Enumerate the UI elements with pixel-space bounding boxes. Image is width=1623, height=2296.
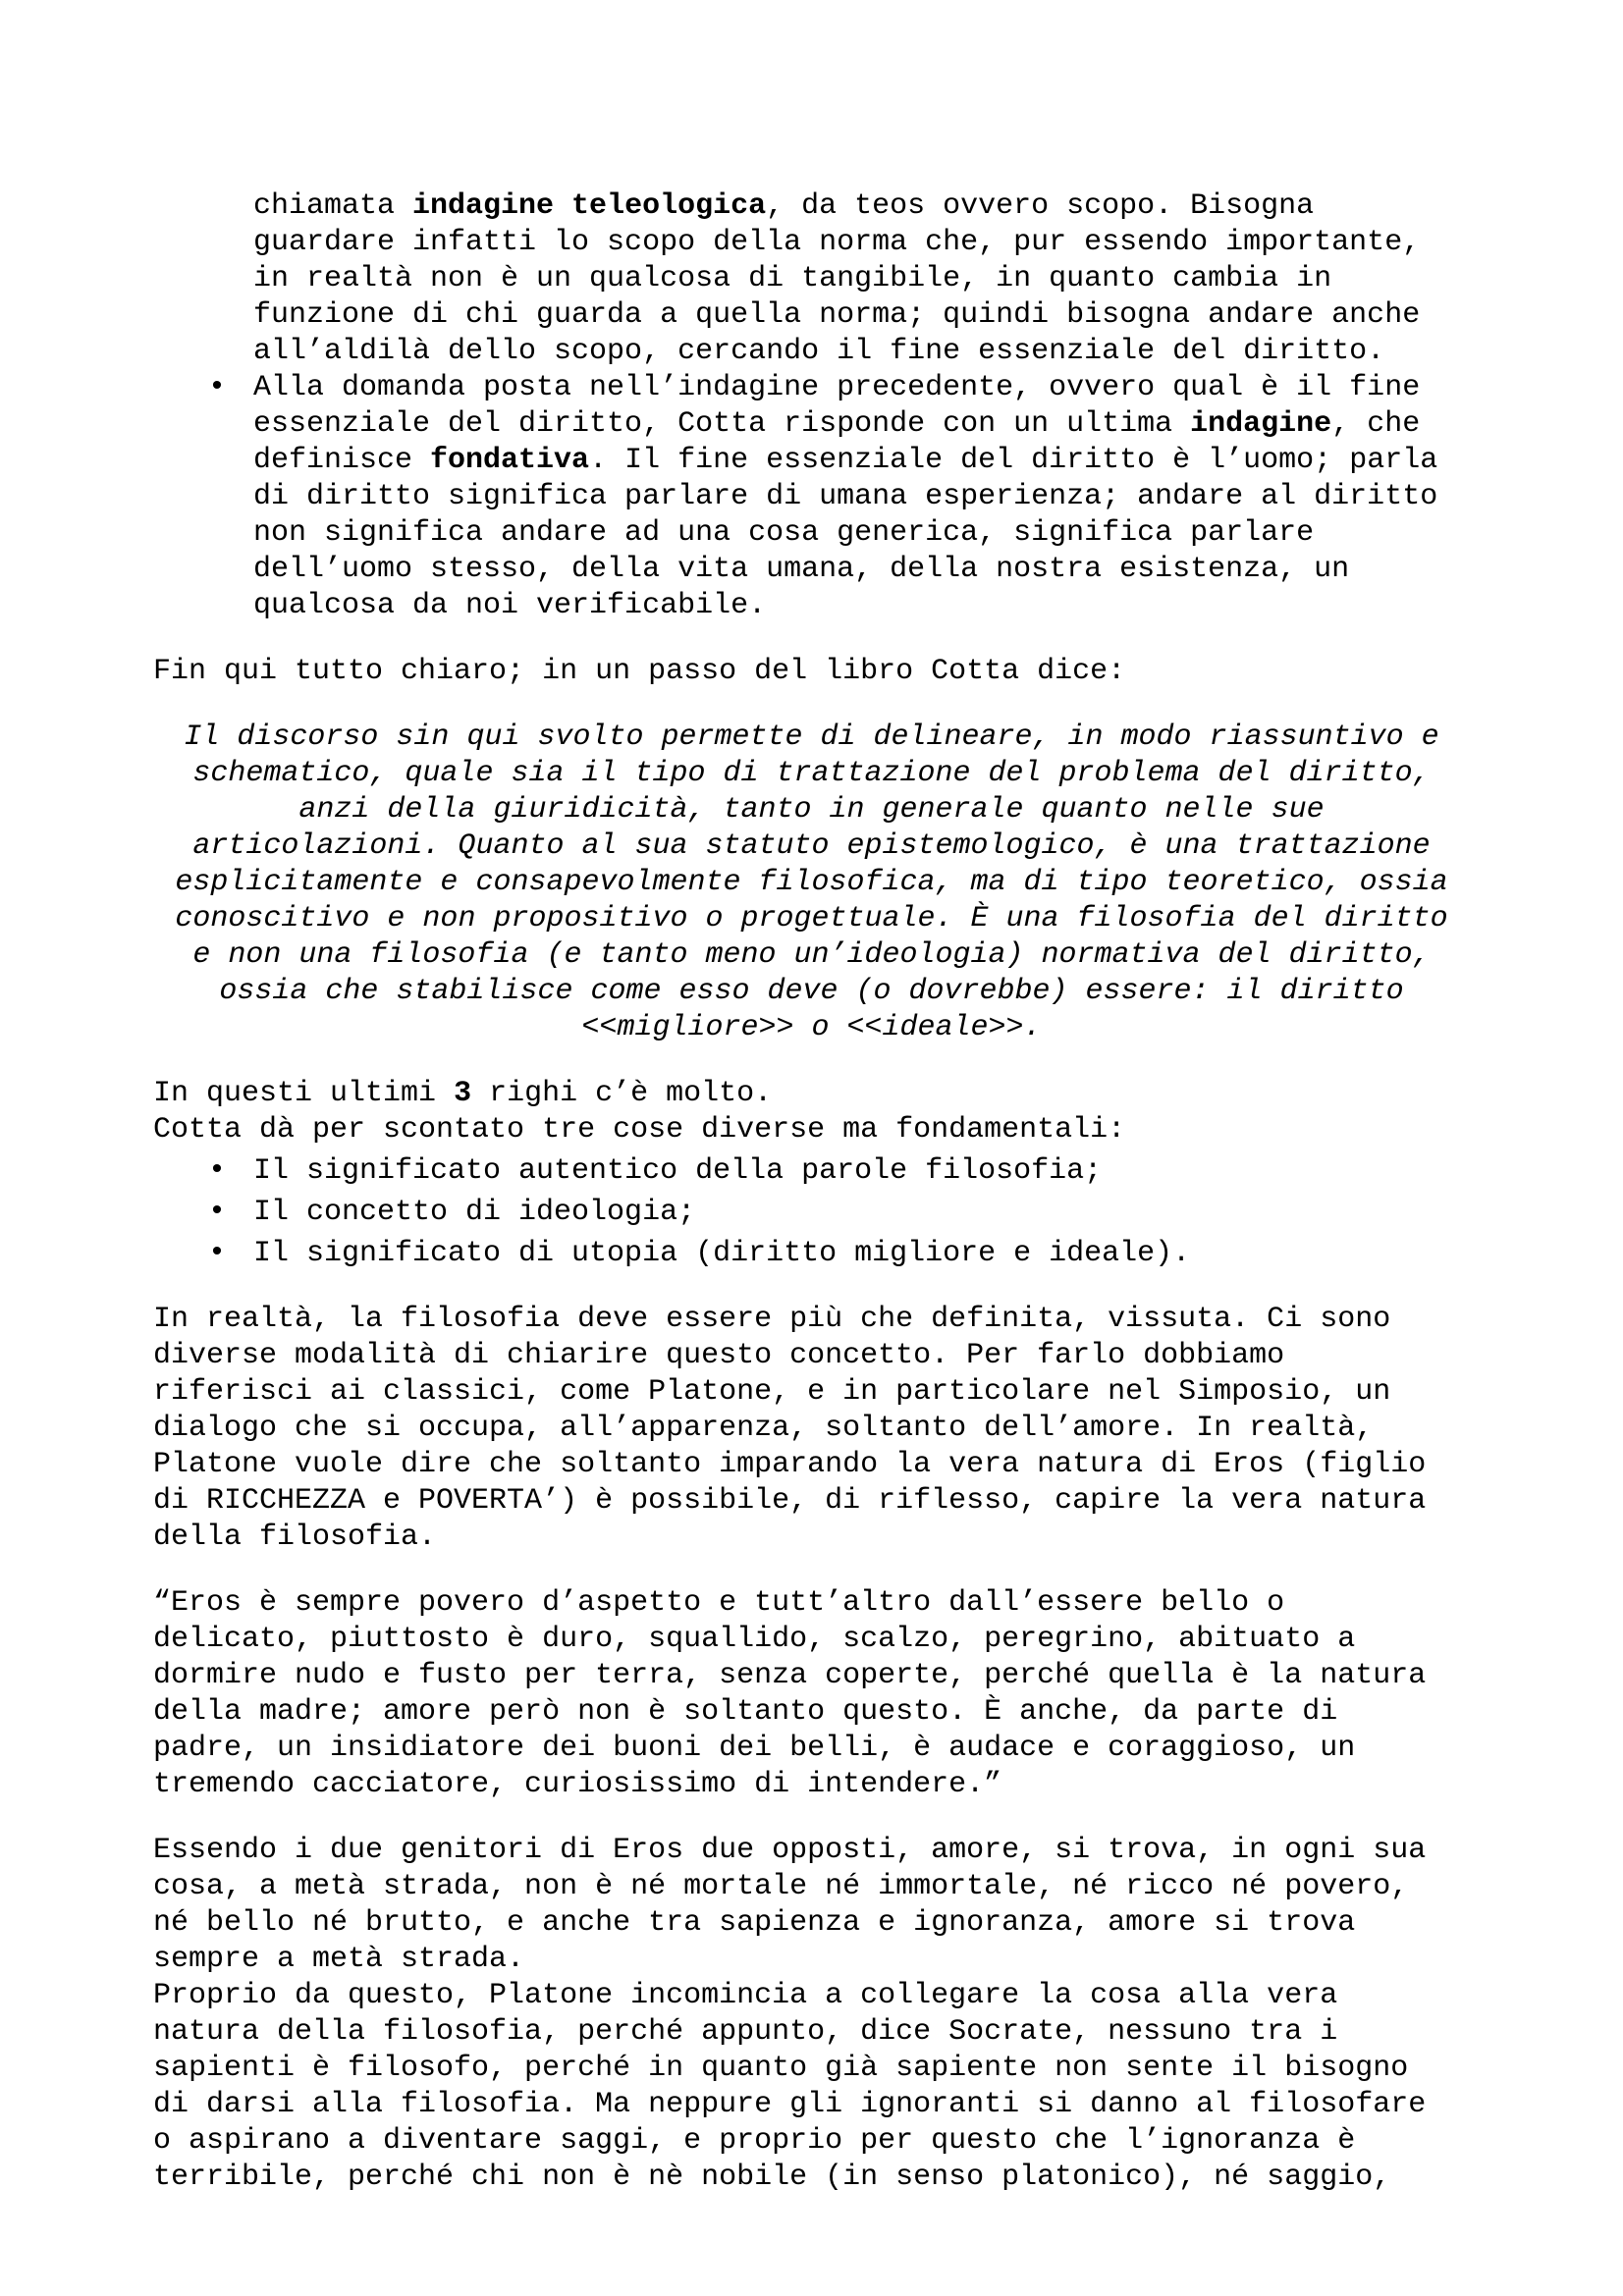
righi-paragraph: In questi ultimi 3 righi c’è molto. Cott…: [153, 1076, 1470, 1148]
hanging-paragraph: chiamata indagine teleologica, da teos o…: [153, 188, 1470, 370]
text-line: di RICCHEZZA e POVERTA’) è possibile, di…: [153, 1483, 1470, 1520]
bullet-icon: •: [208, 1195, 226, 1231]
text-line: di diritto significa parlare di umana es…: [253, 479, 1470, 515]
text-line: dormire nudo e fusto per terra, senza co…: [153, 1658, 1470, 1694]
list-item: • Il significato di utopia (diritto migl…: [153, 1236, 1470, 1272]
text-line: della madre; amore però non è soltanto q…: [153, 1694, 1470, 1731]
text-line: e non una filosofia (e tanto meno un’ide…: [153, 937, 1470, 974]
text-segment: . Il fine essenziale del diritto è l’uom…: [589, 444, 1437, 477]
text-line: <<migliore>> o <<ideale>>.: [153, 1010, 1470, 1046]
text-line: Alla domanda posta nell’indagine precede…: [253, 370, 1470, 406]
text-segment: In questi ultimi: [153, 1077, 454, 1110]
text-line: Platone vuole dire che soltanto imparand…: [153, 1447, 1470, 1483]
text-line: Il significato autentico della parole fi…: [253, 1154, 1102, 1188]
text-line: qualcosa da noi verificabile.: [253, 588, 1470, 624]
text-line: tremendo cacciatore, curiosissimo di int…: [153, 1767, 1470, 1803]
text-line: conoscitivo e non propositivo o progettu…: [153, 901, 1470, 937]
bullet-list: • Il significato autentico della parole …: [153, 1153, 1470, 1272]
book-quote: Il discorso sin qui svolto permette di d…: [153, 720, 1470, 1046]
text-line: della filosofia.: [153, 1520, 1470, 1556]
text-segment: righi c’è molto.: [471, 1077, 772, 1110]
text-line: sapienti è filosofo, perché in quanto gi…: [153, 2051, 1470, 2087]
bullet-icon: •: [208, 1153, 226, 1190]
text-line: natura della filosofia, perché appunto, …: [153, 2014, 1470, 2051]
bullet-icon: •: [208, 370, 226, 406]
text-line: all’aldilà dello scopo, cercando il fine…: [253, 334, 1470, 370]
bold-text: 3: [454, 1077, 471, 1110]
text-line: Cotta dà per scontato tre cose diverse m…: [153, 1112, 1470, 1148]
text-line: né bello né brutto, e anche tra sapienza…: [153, 1905, 1470, 1942]
document-page: chiamata indagine teleologica, da teos o…: [0, 0, 1623, 2296]
text-line: In questi ultimi 3 righi c’è molto.: [153, 1076, 1470, 1112]
text-line: In realtà, la filosofia deve essere più …: [153, 1302, 1470, 1338]
text-line: funzione di chi guarda a quella norma; q…: [253, 297, 1470, 334]
text-line: di darsi alla filosofia. Ma neppure gli …: [153, 2087, 1470, 2123]
text-line: cosa, a metà strada, non è né mortale né…: [153, 1869, 1470, 1905]
bold-text: indagine teleologica: [412, 189, 766, 223]
text-line: schematico, quale sia il tipo di trattaz…: [153, 756, 1470, 792]
text-line: Il discorso sin qui svolto permette di d…: [153, 720, 1470, 756]
text-line: Fin qui tutto chiaro; in un passo del li…: [153, 654, 1470, 690]
text-line: in realtà non è un qualcosa di tangibile…: [253, 261, 1470, 297]
text-line: esplicitamente e consapevolmente filosof…: [153, 865, 1470, 901]
text-line: Il significato di utopia (diritto miglio…: [253, 1237, 1190, 1270]
platone-paragraph: In realtà, la filosofia deve essere più …: [153, 1302, 1470, 1556]
text-line: Il concetto di ideologia;: [253, 1196, 695, 1229]
text-line: o aspirano a diventare saggi, e proprio …: [153, 2123, 1470, 2160]
bullet-icon: •: [208, 1236, 226, 1272]
text-line: “Eros è sempre povero d’aspetto e tutt’a…: [153, 1585, 1470, 1622]
text-segment: essenziale del diritto, Cotta risponde c…: [253, 407, 1190, 441]
text-line: anzi della giuridicità, tanto in general…: [153, 792, 1470, 828]
bullet-list-item: • Alla domanda posta nell’indagine prece…: [153, 370, 1470, 624]
text-line: dialogo che si occupa, all’apparenza, so…: [153, 1411, 1470, 1447]
list-item: • Il significato autentico della parole …: [153, 1153, 1470, 1190]
bold-text: fondativa: [430, 444, 589, 477]
text-segment: , da teos ovvero scopo. Bisogna: [766, 189, 1314, 223]
text-line: diverse modalità di chiarire questo conc…: [153, 1338, 1470, 1374]
text-line: articolazioni. Quanto al sua statuto epi…: [153, 828, 1470, 865]
text-segment: chiamata: [253, 189, 412, 223]
eros-quote-paragraph: “Eros è sempre povero d’aspetto e tutt’a…: [153, 1585, 1470, 1803]
text-line: definisce fondativa. Il fine essenziale …: [253, 443, 1470, 479]
text-line: ossia che stabilisce come esso deve (o d…: [153, 974, 1470, 1010]
text-line: non significa andare ad una cosa generic…: [253, 515, 1470, 552]
intro-paragraph: Fin qui tutto chiaro; in un passo del li…: [153, 654, 1470, 690]
text-line: padre, un insidiatore dei buoni dei bell…: [153, 1731, 1470, 1767]
text-line: dell’uomo stesso, della vita umana, dell…: [253, 552, 1470, 588]
text-line: guardare infatti lo scopo della norma ch…: [253, 225, 1470, 261]
text-line: chiamata indagine teleologica, da teos o…: [253, 188, 1470, 225]
text-line: sempre a metà strada.: [153, 1942, 1470, 1978]
text-line: essenziale del diritto, Cotta risponde c…: [253, 406, 1470, 443]
text-line: riferisci ai classici, come Platone, e i…: [153, 1374, 1470, 1411]
bold-text: indagine: [1190, 407, 1331, 441]
text-line: Essendo i due genitori di Eros due oppos…: [153, 1833, 1470, 1869]
text-line: delicato, piuttosto è duro, squallido, s…: [153, 1622, 1470, 1658]
closing-paragraph: Essendo i due genitori di Eros due oppos…: [153, 1833, 1470, 2196]
text-line: Proprio da questo, Platone incomincia a …: [153, 1978, 1470, 2014]
text-segment: definisce: [253, 444, 430, 477]
text-segment: , che: [1331, 407, 1420, 441]
list-item: • Il concetto di ideologia;: [153, 1195, 1470, 1231]
text-line: terribile, perché chi non è nè nobile (i…: [153, 2160, 1470, 2196]
